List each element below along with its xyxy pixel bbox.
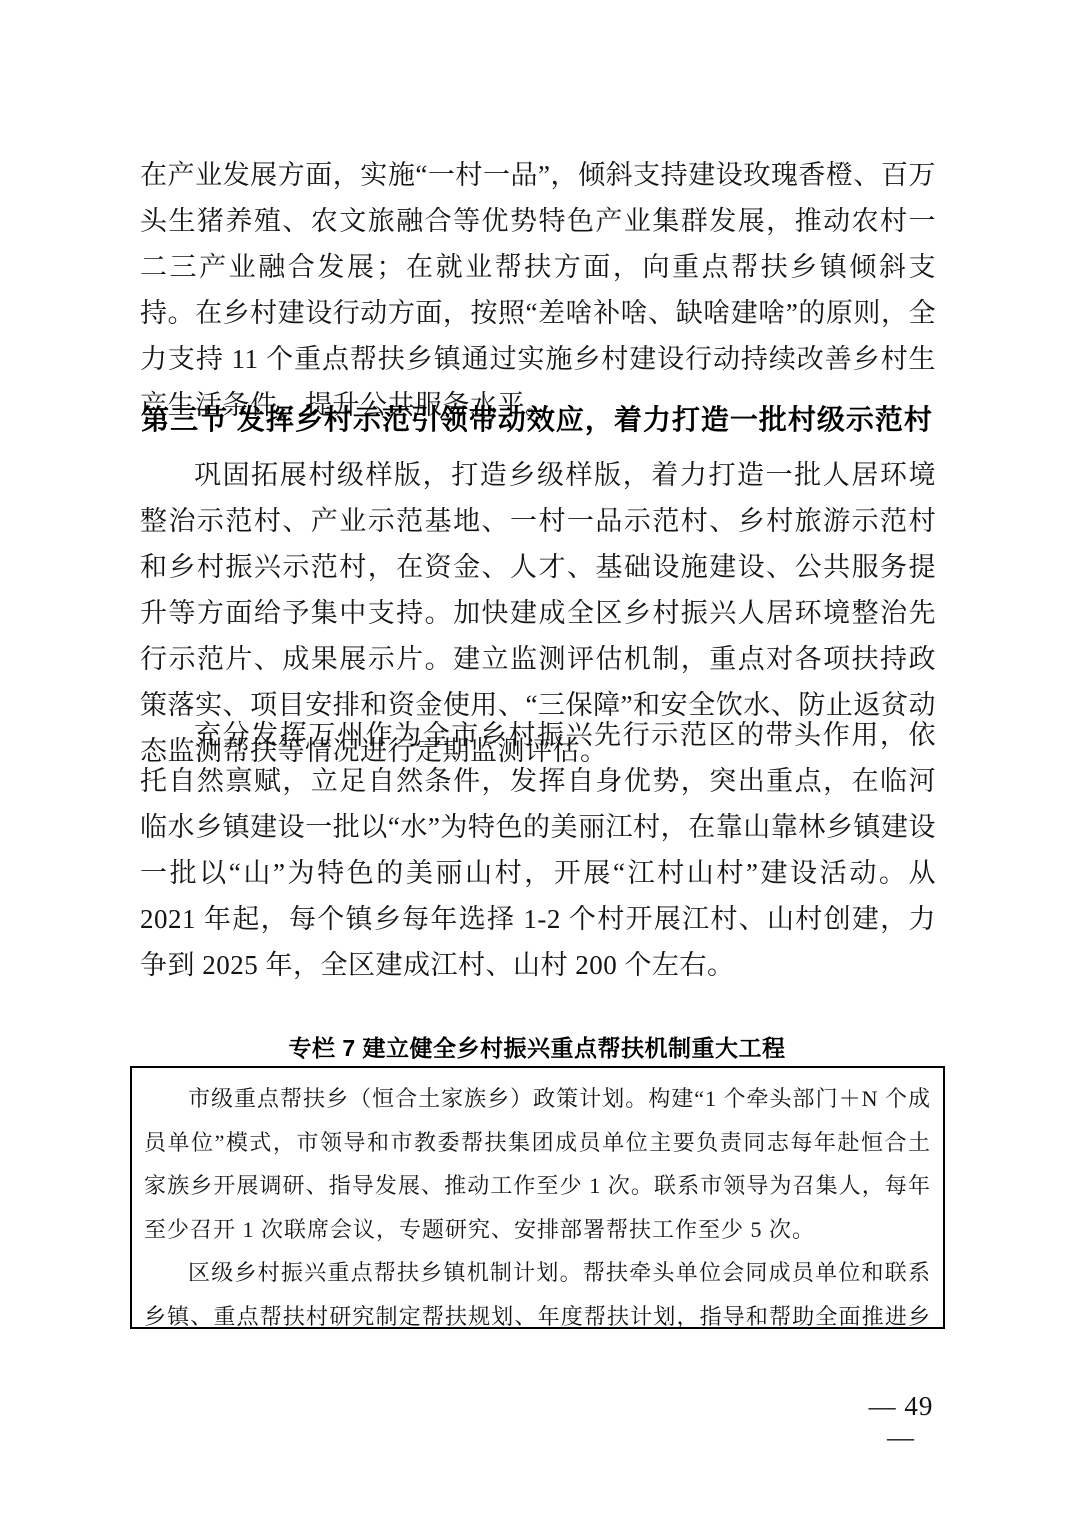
page-number: — 49 — <box>856 1391 946 1453</box>
paragraph-wanzhou-role: 充分发挥万州作为全市乡村振兴先行示范区的带头作用，依托自然禀赋，立足自然条件，发… <box>140 712 936 988</box>
section-heading: 第三节 发挥乡村示范引领带动效应，着力打造一批村级示范村 <box>0 398 1074 442</box>
document-page: 在产业发展方面，实施“一村一品”，倾斜支持建设玫瑰香橙、百万头生猪养殖、农文旅融… <box>0 0 1074 1520</box>
callout-box: 市级重点帮扶乡（恒合土家族乡）政策计划。构建“1 个牵头部门＋N 个成员单位”模… <box>130 1066 945 1329</box>
callout-paragraph-city-level: 市级重点帮扶乡（恒合土家族乡）政策计划。构建“1 个牵头部门＋N 个成员单位”模… <box>144 1077 931 1251</box>
callout-box-title: 专栏 7 建立健全乡村振兴重点帮扶机制重大工程 <box>0 1031 1074 1065</box>
paragraph-industry-development: 在产业发展方面，实施“一村一品”，倾斜支持建设玫瑰香橙、百万头生猪养殖、农文旅融… <box>140 152 936 428</box>
callout-paragraph-district-level: 区级乡村振兴重点帮扶乡镇机制计划。帮扶牵头单位会同成员单位和联系乡镇、重点帮扶村… <box>144 1251 931 1329</box>
